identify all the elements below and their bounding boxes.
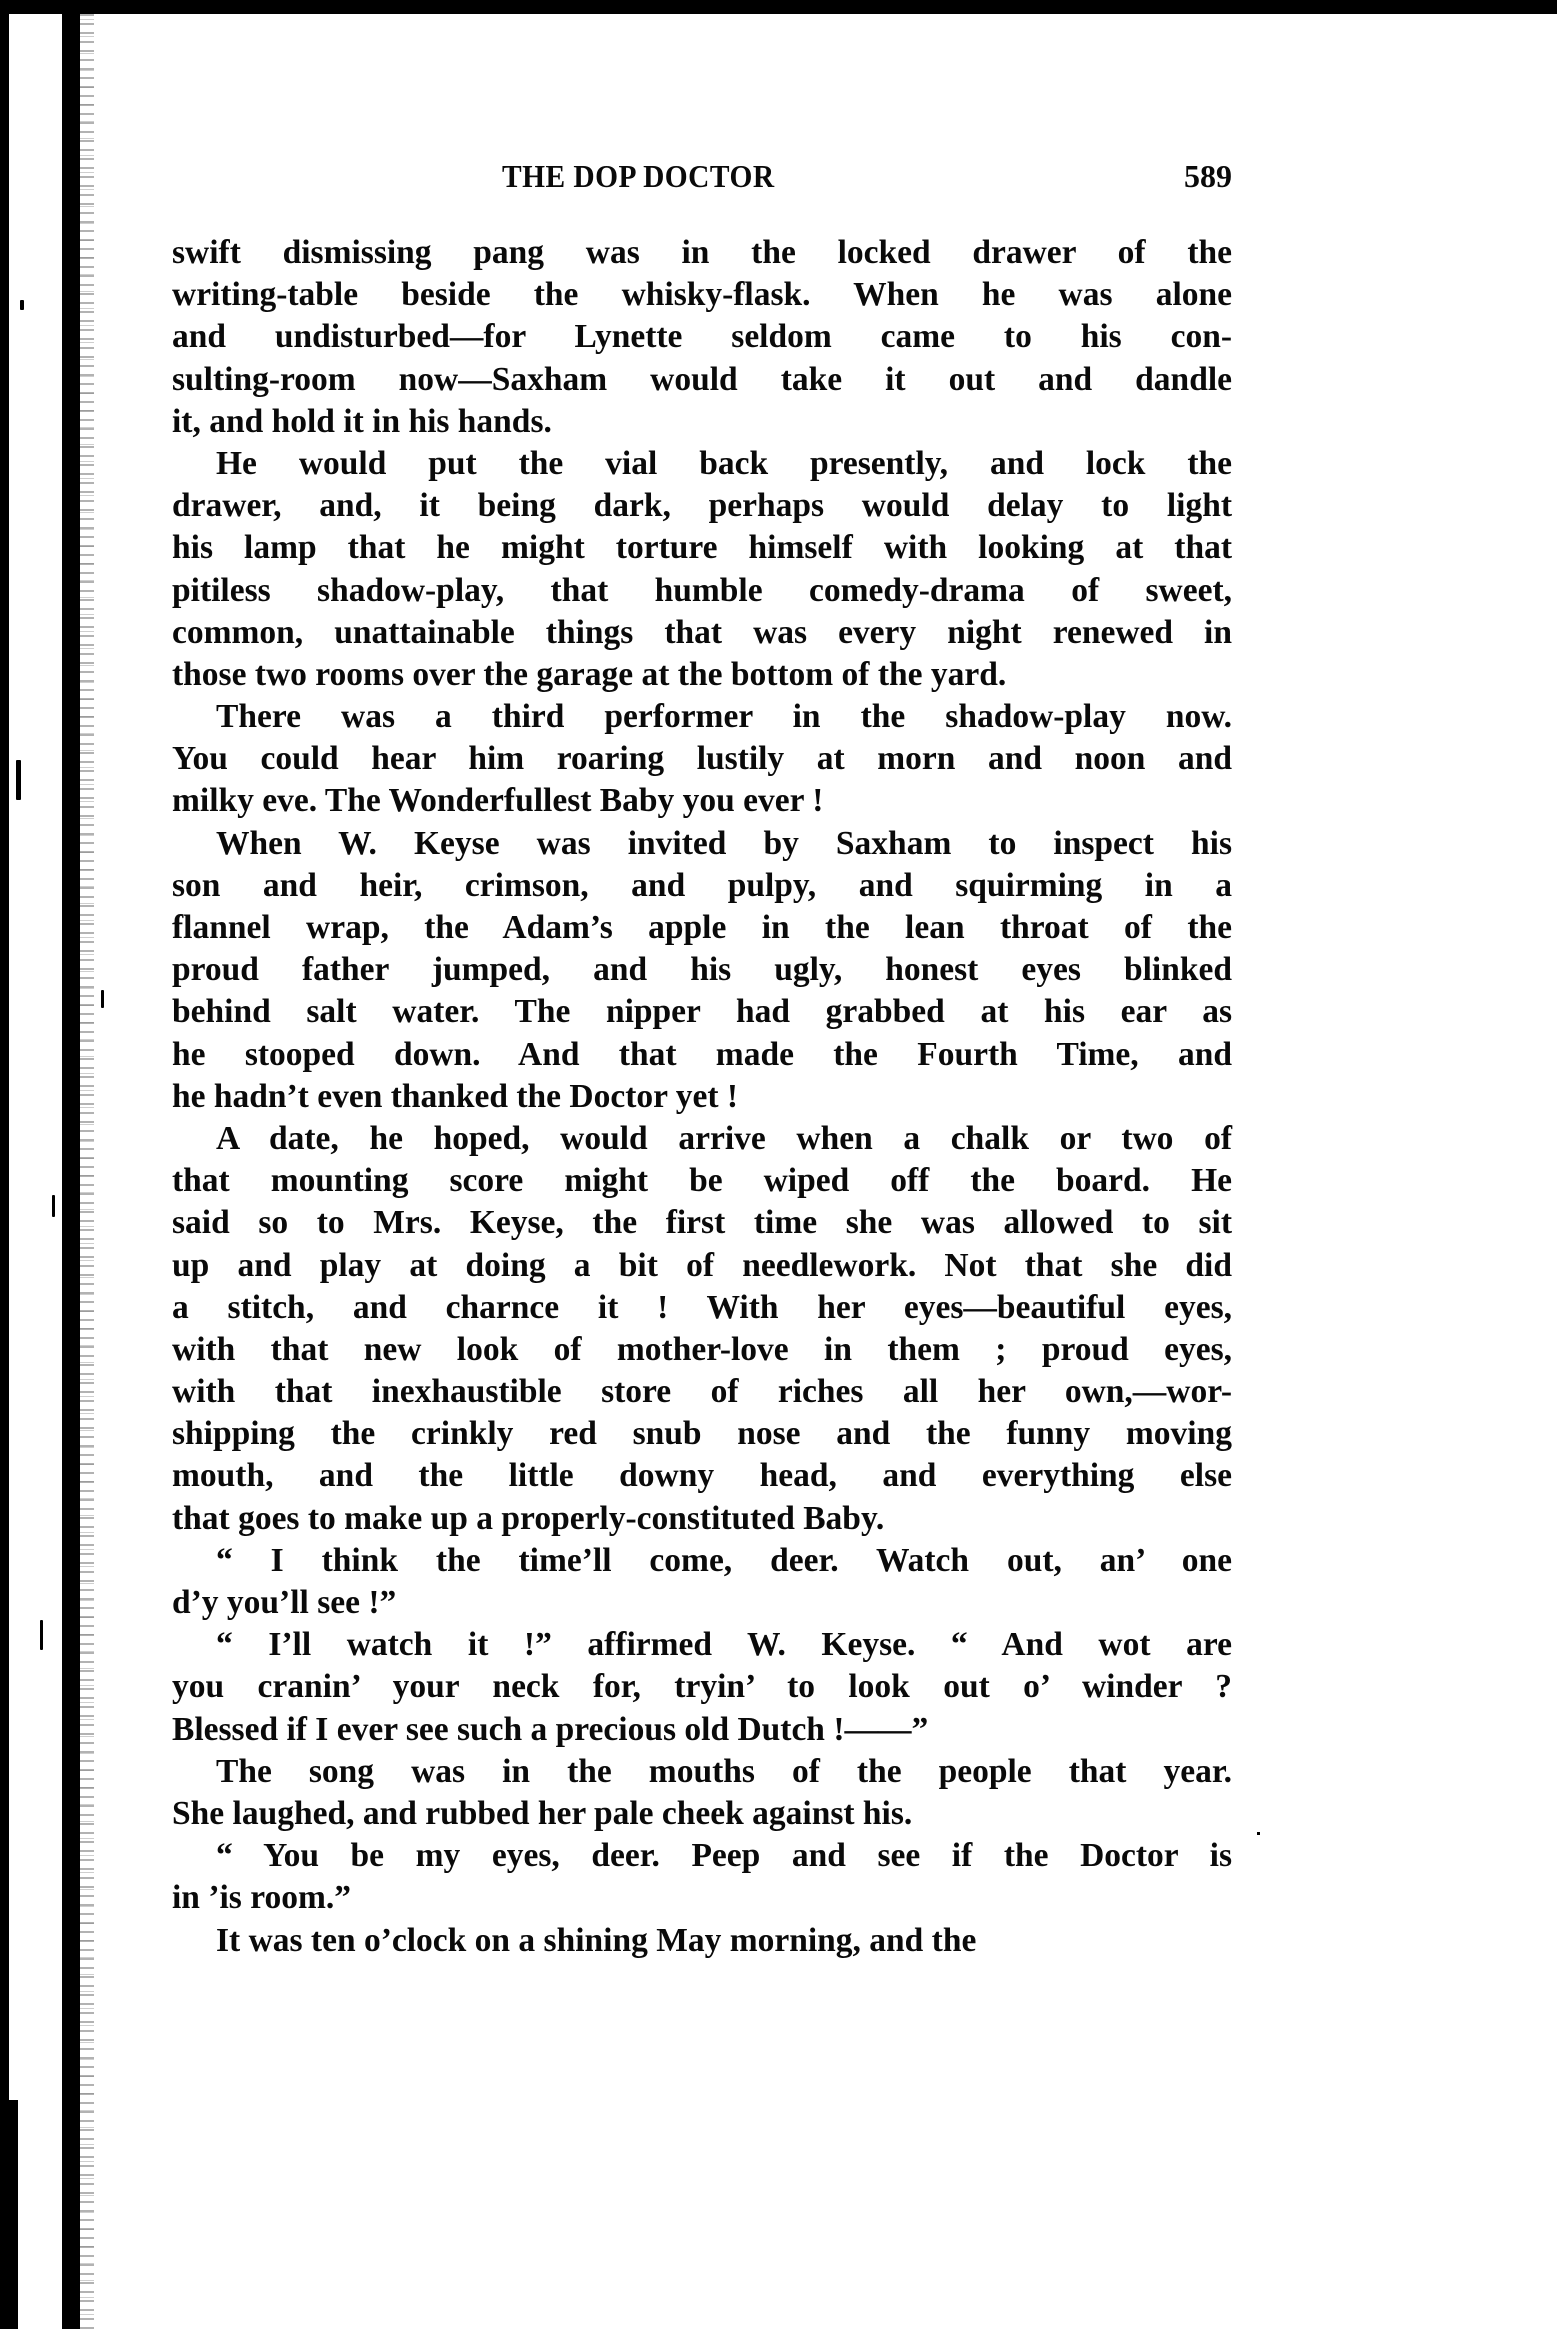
paragraph: A date, he hoped, would arrive when a ch… [172, 1118, 1232, 1540]
text-line: pitiless shadow-play, that humble comedy… [172, 570, 1232, 612]
text-line-content: There was a third performer in the shado… [216, 696, 1232, 738]
text-line: that mounting score might be wiped off t… [172, 1160, 1232, 1202]
text-line-content: and undisturbed—for Lynette seldom came … [172, 316, 1232, 358]
text-line-content: son and heir, crimson, and pulpy, and sq… [172, 865, 1232, 907]
text-line-content: Blessed if I ever see such a precious ol… [172, 1709, 1232, 1751]
text-line-content: you cranin’ your neck for, tryin’ to loo… [172, 1666, 1232, 1708]
text-line-content: When W. Keyse was invited by Saxham to i… [216, 823, 1232, 865]
text-line-content: mouth, and the little downy head, and ev… [172, 1455, 1232, 1497]
paragraph: swift dismissing pang was in the locked … [172, 232, 1232, 443]
text-line-content: proud father jumped, and his ugly, hones… [172, 949, 1232, 991]
text-line: swift dismissing pang was in the locked … [172, 232, 1232, 274]
scan-speck [40, 1620, 43, 1650]
text-line: in ’is room.” [172, 1877, 1232, 1919]
text-line: sulting-room now—Saxham would take it ou… [172, 359, 1232, 401]
text-line: “ I’ll watch it !” affirmed W. Keyse. “ … [172, 1624, 1232, 1666]
text-line: behind salt water. The nipper had grabbe… [172, 991, 1232, 1033]
paragraph: “ You be my eyes, deer. Peep and see if … [172, 1835, 1232, 1919]
paragraph: He would put the vial back presently, an… [172, 443, 1232, 696]
text-line-content: It was ten o’clock on a shining May morn… [216, 1920, 1232, 1962]
text-line-content: he hadn’t even thanked the Doctor yet ! [172, 1076, 1232, 1118]
text-line-content: “ I think the time’ll come, deer. Watch … [216, 1540, 1232, 1582]
text-line: he stooped down. And that made the Fourt… [172, 1034, 1232, 1076]
text-line-content: behind salt water. The nipper had grabbe… [172, 991, 1232, 1033]
scan-speck [101, 990, 104, 1008]
text-line: those two rooms over the garage at the b… [172, 654, 1232, 696]
scan-top-border [0, 0, 1557, 14]
text-line: The song was in the mouths of the people… [172, 1751, 1232, 1793]
text-line: It was ten o’clock on a shining May morn… [172, 1920, 1232, 1962]
text-line: mouth, and the little downy head, and ev… [172, 1455, 1232, 1497]
text-line: son and heir, crimson, and pulpy, and sq… [172, 865, 1232, 907]
text-line-content: swift dismissing pang was in the locked … [172, 232, 1232, 274]
text-line-content: in ’is room.” [172, 1877, 1232, 1919]
text-line: You could hear him roaring lustily at mo… [172, 738, 1232, 780]
text-line-content: She laughed, and rubbed her pale cheek a… [172, 1793, 1232, 1835]
scan-speck [20, 300, 24, 310]
text-line-content: “ I’ll watch it !” affirmed W. Keyse. “ … [216, 1624, 1232, 1666]
text-line-content: with that new look of mother-love in the… [172, 1329, 1232, 1371]
text-line-content: flannel wrap, the Adam’s apple in the le… [172, 907, 1232, 949]
text-line: and undisturbed—for Lynette seldom came … [172, 316, 1232, 358]
text-line-content: He would put the vial back presently, an… [216, 443, 1232, 485]
body-text: swift dismissing pang was in the locked … [172, 232, 1232, 1962]
scan-speck [52, 1195, 55, 1217]
binding-gutter-bar [62, 14, 80, 2329]
paragraph: The song was in the mouths of the people… [172, 1751, 1232, 1835]
text-line-content: You could hear him roaring lustily at mo… [172, 738, 1232, 780]
text-line-content: “ You be my eyes, deer. Peep and see if … [216, 1835, 1232, 1877]
text-line-content: milky eve. The Wonderfullest Baby you ev… [172, 780, 1232, 822]
paragraph: “ I’ll watch it !” affirmed W. Keyse. “ … [172, 1624, 1232, 1751]
text-line: A date, he hoped, would arrive when a ch… [172, 1118, 1232, 1160]
text-line-content: that mounting score might be wiped off t… [172, 1160, 1232, 1202]
text-line: said so to Mrs. Keyse, the first time sh… [172, 1202, 1232, 1244]
text-line: When W. Keyse was invited by Saxham to i… [172, 823, 1232, 865]
text-line-content: writing-table beside the whisky-flask. W… [172, 274, 1232, 316]
text-line-content: said so to Mrs. Keyse, the first time sh… [172, 1202, 1232, 1244]
paragraph: There was a third performer in the shado… [172, 696, 1232, 823]
running-head: THE DOP DOCTOR 589 [172, 158, 1232, 200]
text-line-content: those two rooms over the garage at the b… [172, 654, 1232, 696]
text-line: flannel wrap, the Adam’s apple in the le… [172, 907, 1232, 949]
text-line-content: drawer, and, it being dark, perhaps woul… [172, 485, 1232, 527]
text-line-content: sulting-room now—Saxham would take it ou… [172, 359, 1232, 401]
text-line-content: pitiless shadow-play, that humble comedy… [172, 570, 1232, 612]
text-line: “ I think the time’ll come, deer. Watch … [172, 1540, 1232, 1582]
text-line-content: his lamp that he might torture himself w… [172, 527, 1232, 569]
scan-left-edge-notch [0, 2100, 18, 2329]
text-line: shipping the crinkly red snub nose and t… [172, 1413, 1232, 1455]
text-line: he hadn’t even thanked the Doctor yet ! [172, 1076, 1232, 1118]
binding-scan-noise [80, 14, 94, 2329]
text-line: his lamp that he might torture himself w… [172, 527, 1232, 569]
text-line: it, and hold it in his hands. [172, 401, 1232, 443]
text-line-content: shipping the crinkly red snub nose and t… [172, 1413, 1232, 1455]
text-line: milky eve. The Wonderfullest Baby you ev… [172, 780, 1232, 822]
text-line-content: he stooped down. And that made the Fourt… [172, 1034, 1232, 1076]
scan-stray-mark [1257, 1832, 1260, 1835]
text-line: a stitch, and charnce it ! With her eyes… [172, 1287, 1232, 1329]
text-line: There was a third performer in the shado… [172, 696, 1232, 738]
text-line: He would put the vial back presently, an… [172, 443, 1232, 485]
text-line: up and play at doing a bit of needlework… [172, 1245, 1232, 1287]
text-line: “ You be my eyes, deer. Peep and see if … [172, 1835, 1232, 1877]
paragraph: When W. Keyse was invited by Saxham to i… [172, 823, 1232, 1118]
text-line-content: that goes to make up a properly-constitu… [172, 1498, 1232, 1540]
text-line-content: A date, he hoped, would arrive when a ch… [216, 1118, 1232, 1160]
text-line: writing-table beside the whisky-flask. W… [172, 274, 1232, 316]
book-page: THE DOP DOCTOR 589 swift dismissing pang… [172, 158, 1232, 1962]
text-line: common, unattainable things that was eve… [172, 612, 1232, 654]
text-line: proud father jumped, and his ugly, hones… [172, 949, 1232, 991]
text-line: you cranin’ your neck for, tryin’ to loo… [172, 1666, 1232, 1708]
text-line: with that new look of mother-love in the… [172, 1329, 1232, 1371]
scan-speck [16, 760, 21, 800]
text-line-content: up and play at doing a bit of needlework… [172, 1245, 1232, 1287]
text-line-content: a stitch, and charnce it ! With her eyes… [172, 1287, 1232, 1329]
text-line: d’y you’ll see !” [172, 1582, 1232, 1624]
text-line: with that inexhaustible store of riches … [172, 1371, 1232, 1413]
scan-left-edge [0, 14, 9, 2329]
text-line: Blessed if I ever see such a precious ol… [172, 1709, 1232, 1751]
text-line: that goes to make up a properly-constitu… [172, 1498, 1232, 1540]
text-line-content: with that inexhaustible store of riches … [172, 1371, 1232, 1413]
text-line: drawer, and, it being dark, perhaps woul… [172, 485, 1232, 527]
page-number: 589 [1184, 158, 1232, 195]
text-line-content: d’y you’ll see !” [172, 1582, 1232, 1624]
text-line-content: common, unattainable things that was eve… [172, 612, 1232, 654]
paragraph: “ I think the time’ll come, deer. Watch … [172, 1540, 1232, 1624]
text-line-content: it, and hold it in his hands. [172, 401, 1232, 443]
paragraph: It was ten o’clock on a shining May morn… [172, 1920, 1232, 1962]
text-line-content: The song was in the mouths of the people… [216, 1751, 1232, 1793]
text-line: She laughed, and rubbed her pale cheek a… [172, 1793, 1232, 1835]
running-title: THE DOP DOCTOR [502, 158, 775, 195]
